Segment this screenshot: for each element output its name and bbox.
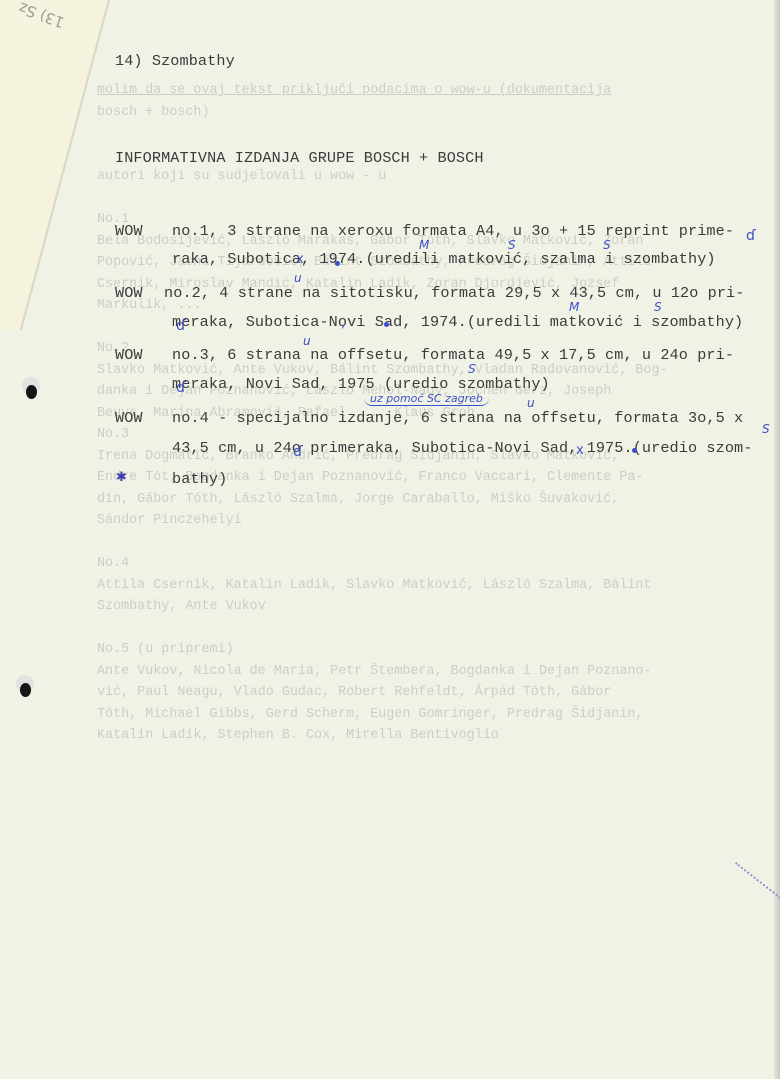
show-through-line: Sándor Pinczehelyi [97, 510, 767, 532]
pen-capital-m-2: M [569, 300, 579, 314]
pen-u-replacement-2: u [303, 334, 311, 348]
show-through-line: molim da se ovaj tekst priključi podacim… [97, 80, 767, 102]
show-through-line: autori koji su sudjelovali u wow - u [97, 166, 767, 188]
entry-3-line-1: no.3, 6 strana na offsetu, formata 49,5 … [172, 346, 734, 364]
show-through-line: din, Gábor Tóth, László Szalma, Jorge Ca… [97, 489, 767, 511]
punch-hole-top [22, 377, 40, 399]
pen-capital-s-2: S [603, 238, 611, 252]
entry-2-label: WOW [115, 284, 143, 302]
entry-3-line-2: meraka, Novi Sad, 1975 (uredio szombathy… [172, 375, 550, 393]
show-through-line [97, 188, 767, 210]
show-through-line: No.5 (u pripremi) [97, 639, 767, 661]
pen-period-mark [384, 322, 389, 327]
show-through-line [97, 123, 767, 145]
pen-capital-s-4: S [468, 362, 476, 376]
show-through-line: Ante Vukov, Nicola de Maria, Petr Štembe… [97, 661, 767, 683]
pen-insert-mark: ɗ [746, 228, 756, 244]
page-right-edge [774, 0, 780, 1079]
entry-4-line-3: bathy) [172, 470, 227, 488]
pen-period-mark [335, 261, 340, 266]
pen-comma-delete-mark: x [576, 443, 584, 458]
entry-1-line-2: raka, Subotica, 1974.(uredili matković, … [172, 250, 716, 268]
entry-1-line-1: no.1, 3 strane na xeroxu formata A4, u 3… [172, 222, 734, 240]
show-through-line: Tóth, Michael Gibbs, Gerd Scherm, Eugen … [97, 704, 767, 726]
pen-comma-delete-mark: , [341, 316, 345, 331]
pen-capital-s-3: S [654, 300, 662, 314]
pen-u-replacement-3: u [527, 396, 535, 410]
pen-capital-s-5: S [762, 422, 770, 436]
entry-1-label: WOW [115, 222, 143, 240]
pen-period-mark [632, 448, 637, 453]
entry-3-label: WOW [115, 346, 143, 364]
punch-hole-bottom [16, 675, 34, 697]
show-through-line: Attila Csernik, Katalin Ladik, Slavko Ma… [97, 575, 767, 597]
pen-insert-mark: ɗ [293, 444, 303, 460]
pen-capital-m-1: M [419, 238, 429, 252]
section-title: INFORMATIVNA IZDANJA GRUPE BOSCH + BOSCH [115, 149, 484, 167]
pen-insert-mark: ɗ [176, 318, 186, 334]
show-through-line [97, 618, 767, 640]
pen-insert-mark: ɗ [176, 380, 186, 396]
show-through-line: No.4 [97, 553, 767, 575]
pen-comma-delete-mark: x [296, 252, 304, 267]
show-through-line: vić, Paul Neagu, Vlado Gudac, Robert Reh… [97, 682, 767, 704]
pen-stray-stroke [733, 862, 780, 904]
show-through-line: Katalin Ladik, Stephen B. Cox, Mirella B… [97, 725, 767, 747]
punch-hole-dot [20, 683, 31, 697]
show-through-line: bosch + bosch) [97, 102, 767, 124]
pen-insertion-note: uz pomoć SC zagreb [364, 392, 489, 406]
show-through-line: Szombathy, Ante Vukov [97, 596, 767, 618]
back-sheet [0, 0, 110, 330]
punch-hole-dot [26, 385, 37, 399]
pen-asterisk-mark: ✱ [116, 470, 127, 485]
pen-u-replacement-1: u [294, 271, 302, 285]
entry-2-line-2: meraka, Subotica-Novi Sad, 1974.(uredili… [172, 313, 743, 331]
document-number-title: 14) Szombathy [115, 52, 235, 70]
pen-capital-s-1: S [508, 238, 516, 252]
show-through-line [97, 532, 767, 554]
entry-4-label: WOW [115, 409, 143, 427]
entry-4-line-2: 43,5 cm, u 24o primeraka, Subotica-Novi … [172, 439, 752, 457]
entry-4-line-1: no.4 - specijalno izdanje, 6 strana na o… [172, 409, 743, 427]
